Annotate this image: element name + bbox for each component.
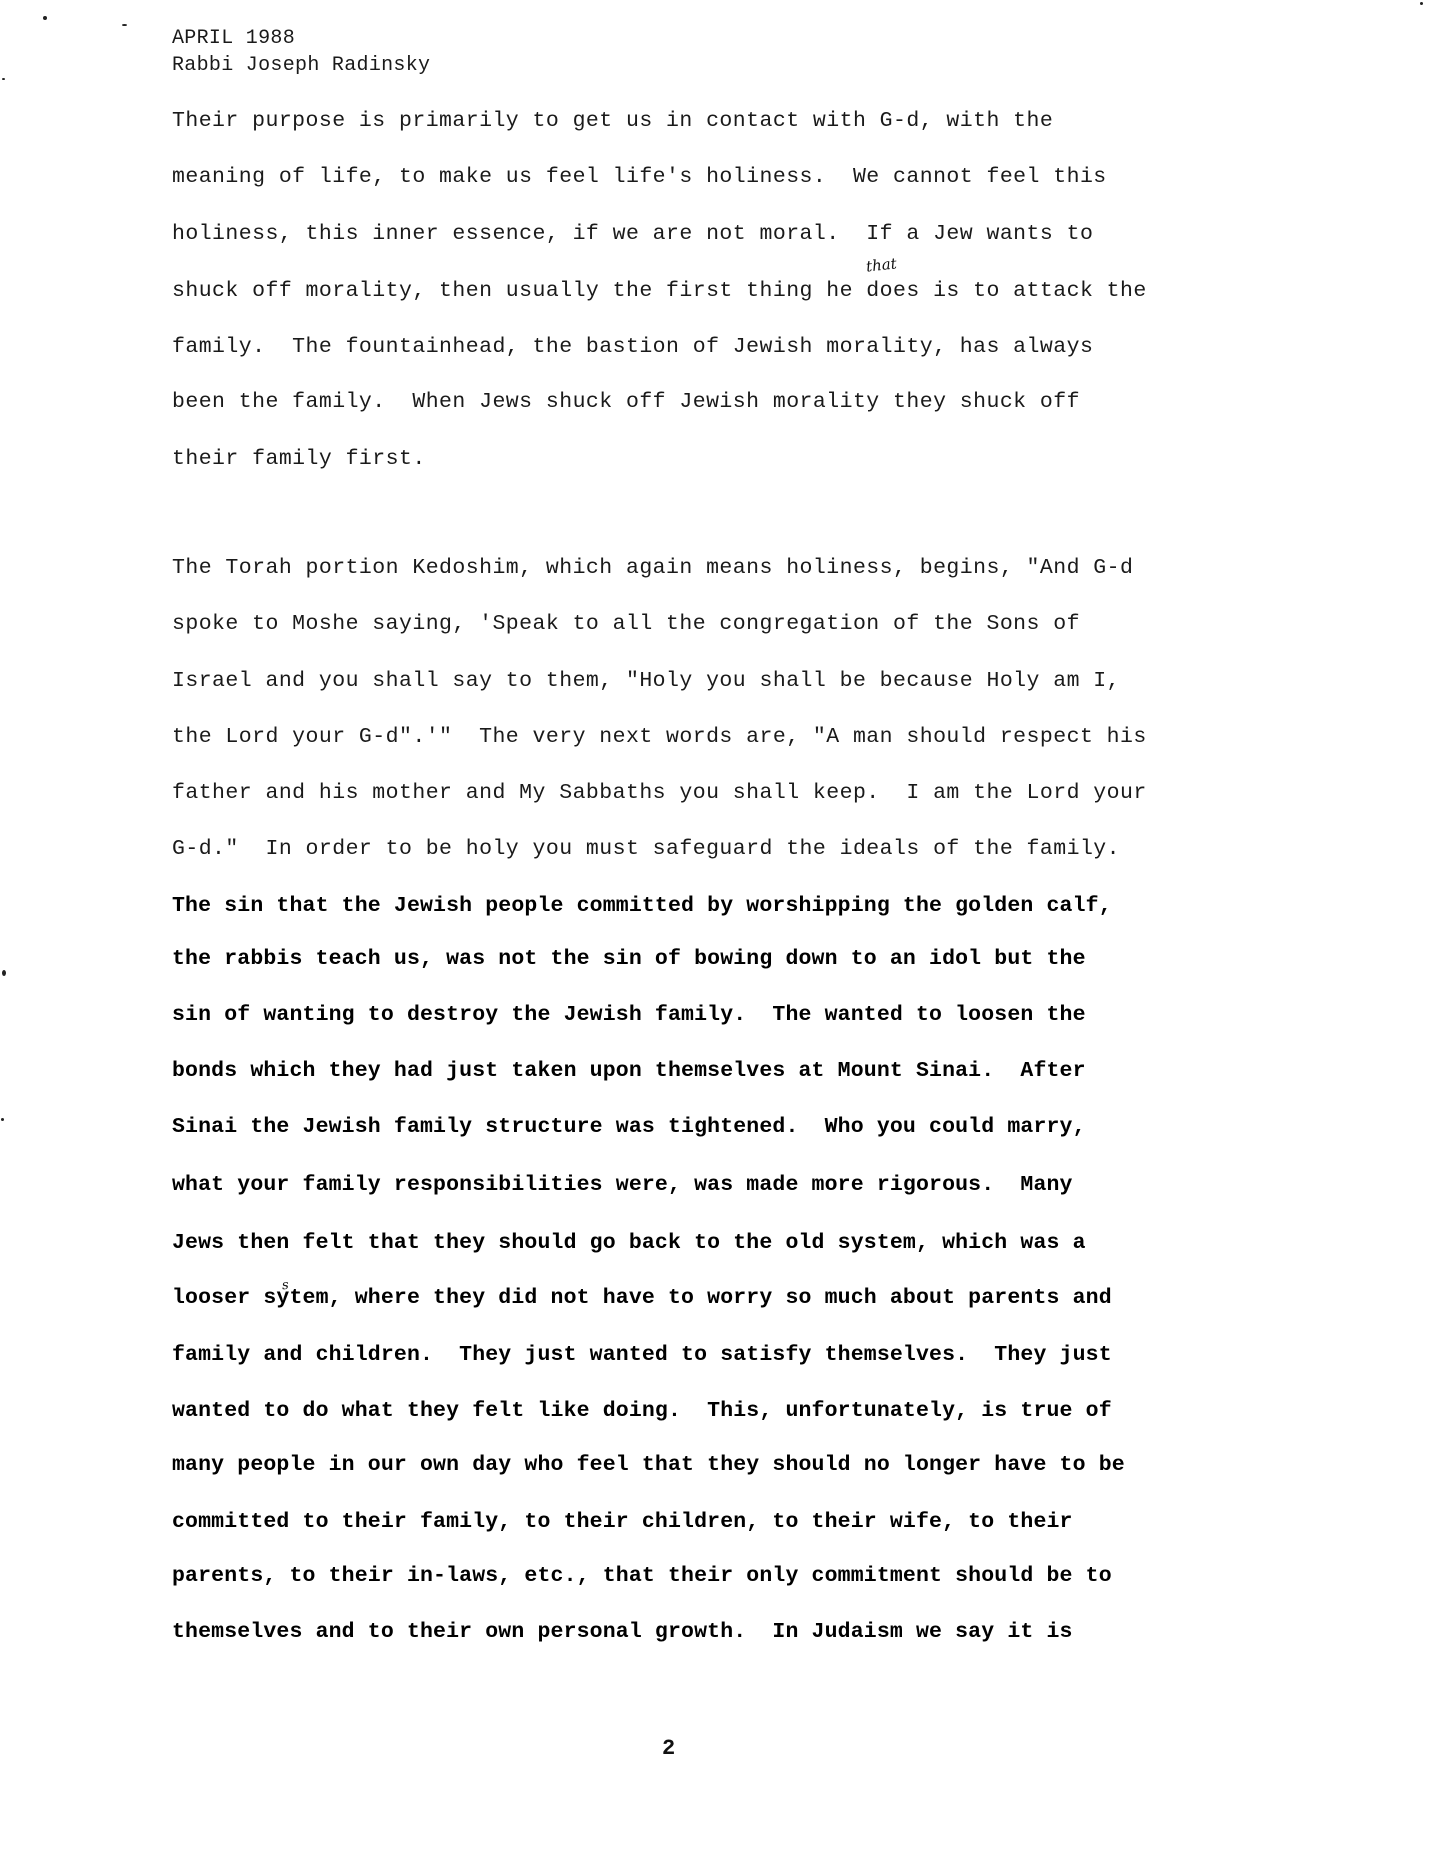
document-author: Rabbi Joseph Radinsky (172, 54, 430, 78)
text-line: The sin that the Jewish people committed… (172, 893, 1112, 919)
text-line: The Torah portion Kedoshim, which again … (172, 555, 1133, 581)
text-line: been the family. When Jews shuck off Jew… (172, 389, 1080, 415)
text-line: Their purpose is primarily to get us in … (172, 108, 1053, 134)
text-line: their family first. (172, 446, 426, 472)
text-line: themselves and to their own personal gro… (172, 1619, 1073, 1645)
text-line: the rabbis teach us, was not the sin of … (172, 946, 1086, 972)
text-line: parents, to their in-laws, etc., that th… (172, 1563, 1112, 1589)
text-line: the Lord your G-d".'" The very next word… (172, 724, 1147, 750)
scan-speck (43, 16, 47, 20)
text-line: father and his mother and My Sabbaths yo… (172, 780, 1147, 806)
scan-speck (1, 1118, 4, 1121)
text-line: Sinai the Jewish family structure was ti… (172, 1114, 1086, 1140)
scan-speck (2, 78, 5, 80)
text-line: sin of wanting to destroy the Jewish fam… (172, 1002, 1086, 1028)
text-line: G-d." In order to be holy you must safeg… (172, 836, 1120, 862)
text-line: family and children. They just wanted to… (172, 1342, 1112, 1368)
text-line: wanted to do what they felt like doing. … (172, 1398, 1112, 1424)
text-line: family. The fountainhead, the bastion of… (172, 334, 1093, 360)
text-line: Israel and you shall say to them, "Holy … (172, 668, 1120, 694)
scan-speck (1420, 2, 1423, 5)
text-line: Jews then felt that they should go back … (172, 1230, 1086, 1256)
text-line: what your family responsibilities were, … (172, 1172, 1073, 1198)
text-line: many people in our own day who feel that… (172, 1452, 1125, 1478)
scan-speck (122, 24, 127, 26)
text-line: shuck off morality, then usually the fir… (172, 278, 1147, 304)
document-date: APRIL 1988 (172, 27, 295, 51)
handwritten-correction: s (281, 1278, 289, 1294)
scan-speck (2, 970, 6, 976)
text-line: committed to their family, to their chil… (172, 1509, 1073, 1535)
text-line: spoke to Moshe saying, 'Speak to all the… (172, 611, 1080, 637)
text-line: looser sytem, where they did not have to… (172, 1285, 1112, 1311)
text-line: meaning of life, to make us feel life's … (172, 164, 1107, 190)
text-line: bonds which they had just taken upon the… (172, 1058, 1086, 1084)
text-line: holiness, this inner essence, if we are … (172, 221, 1093, 247)
page-number: 2 (662, 1736, 675, 1761)
handwritten-insertion: that (865, 254, 897, 275)
document-page: APRIL 1988 Rabbi Joseph Radinsky Their p… (0, 0, 1430, 1851)
